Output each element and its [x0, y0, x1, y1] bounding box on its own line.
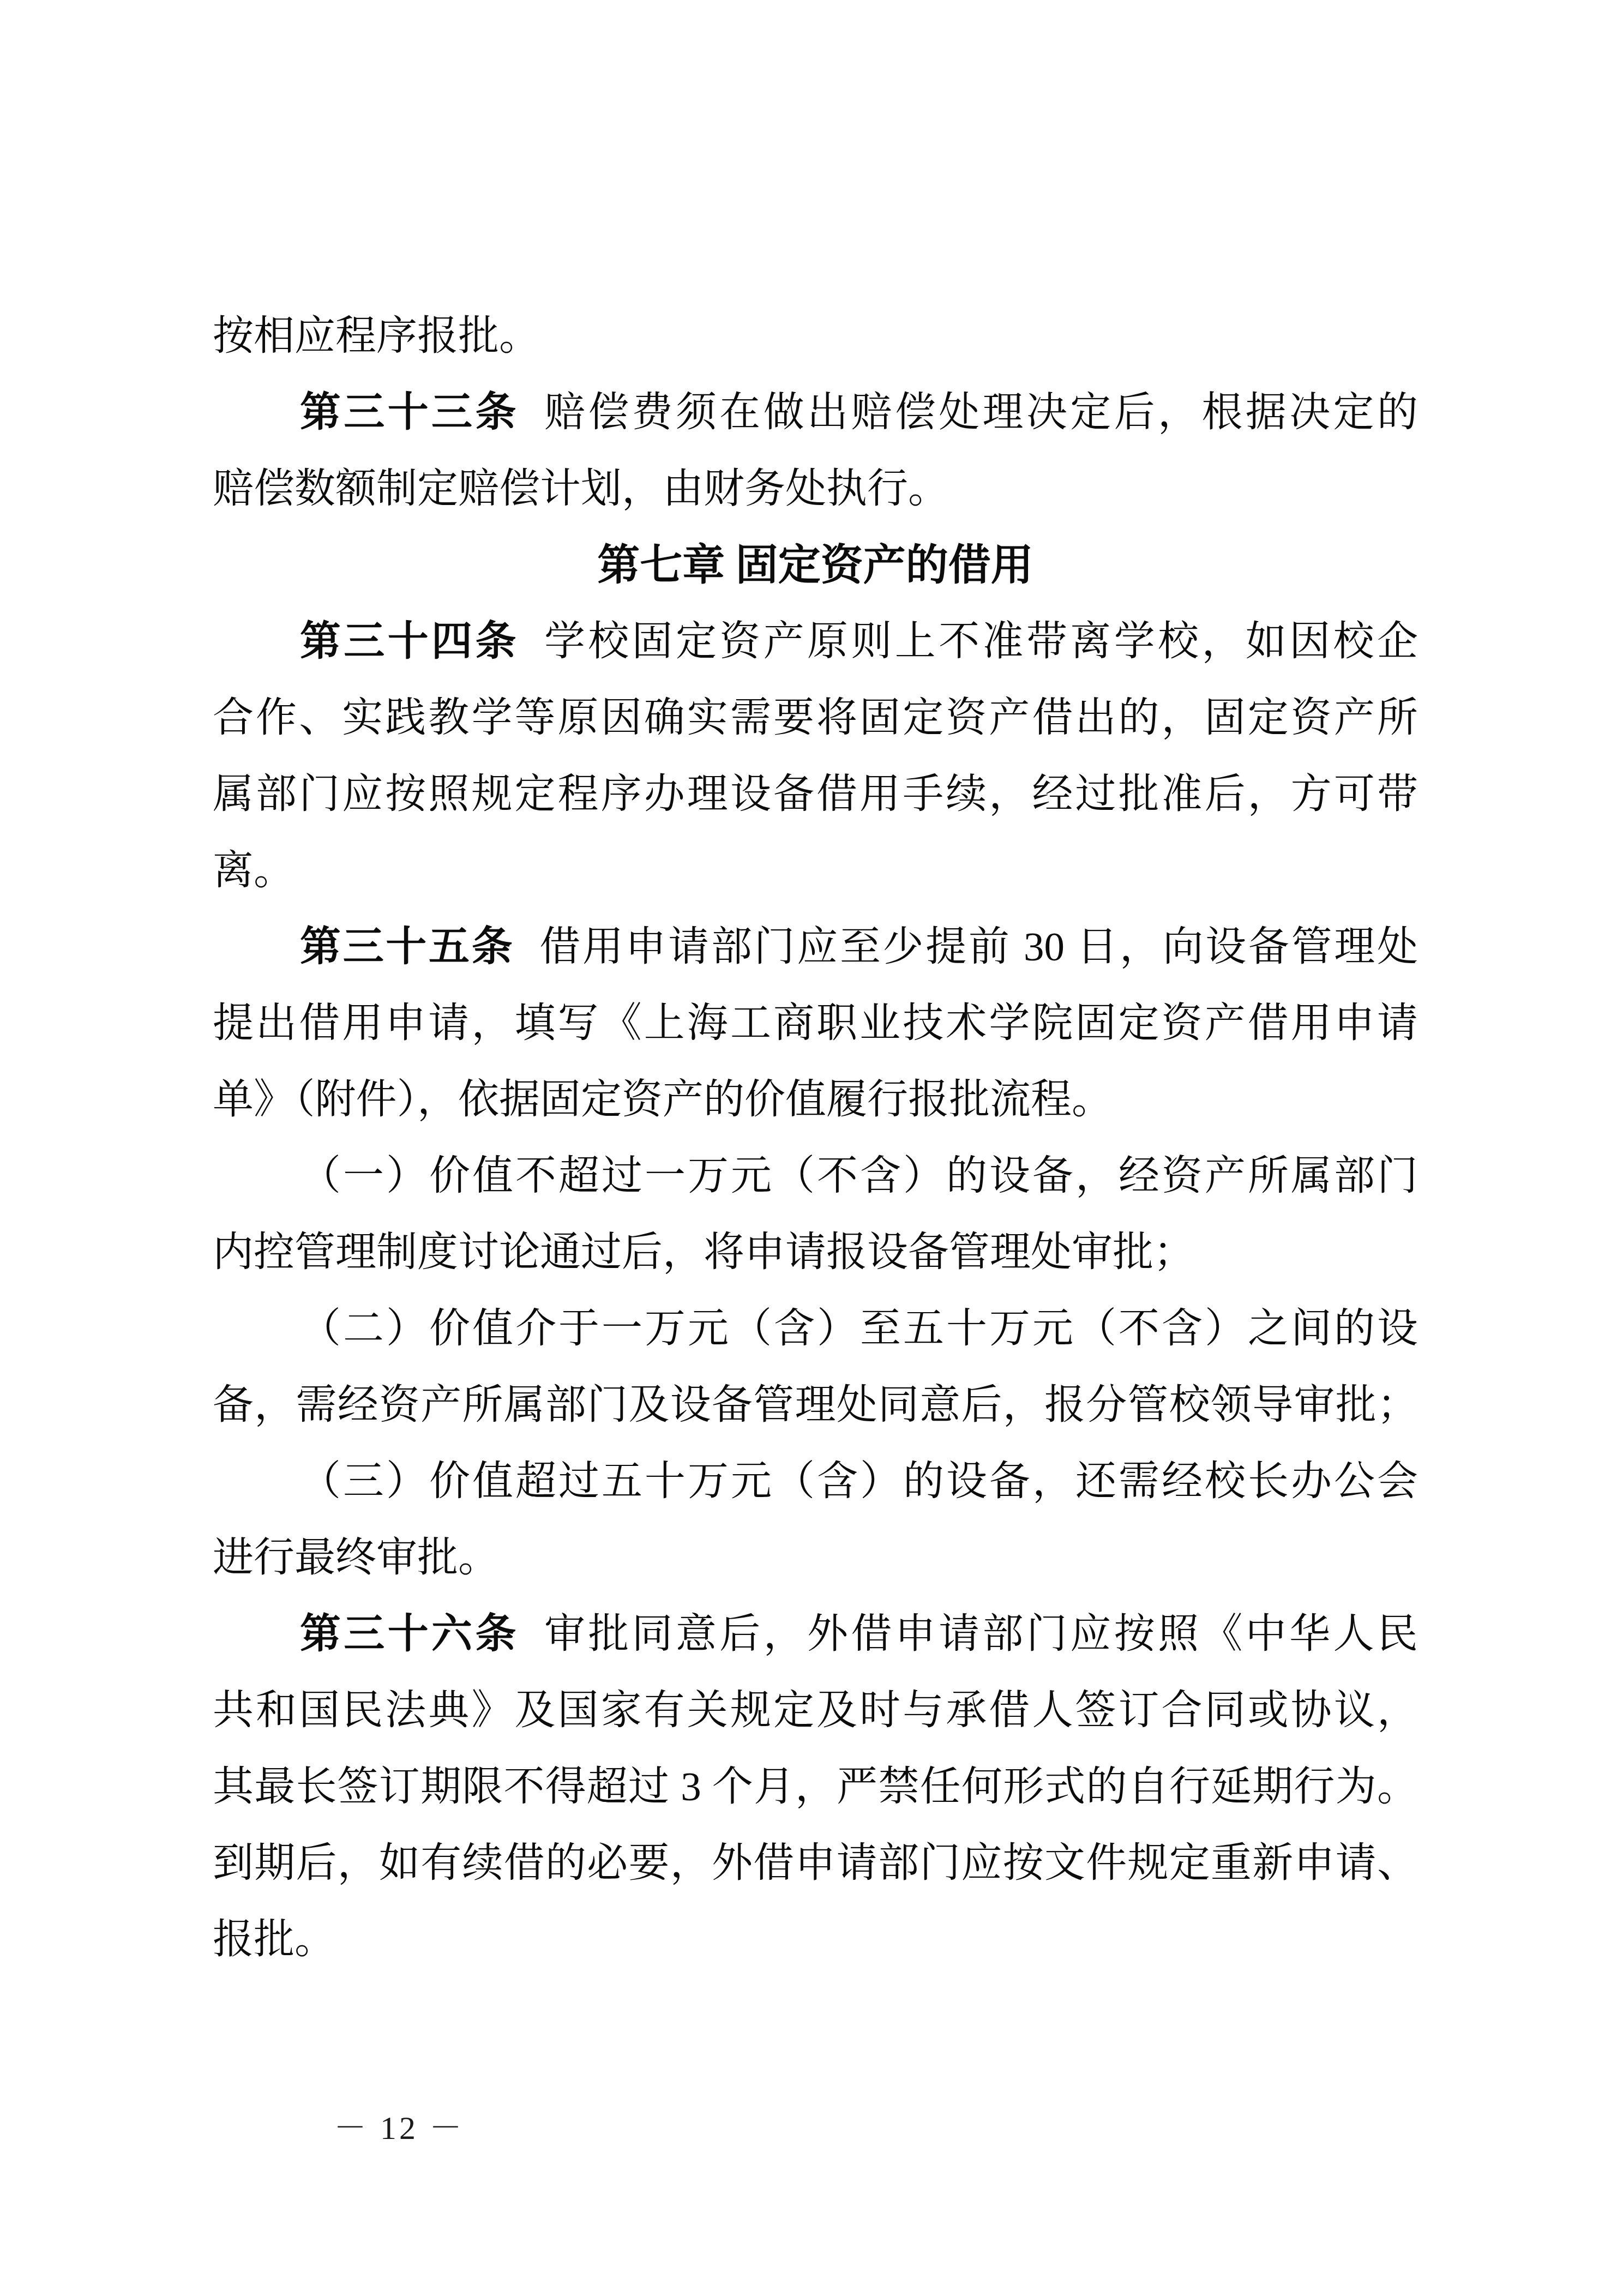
article-35-number: 第三十五条 [300, 924, 514, 970]
article-33-line-2: 赔偿数额制定赔偿计划，由财务处执行。 [213, 451, 1418, 527]
article-35-item-3-line-1: （三）价值超过五十万元（含）的设备，还需经校长办公会 [213, 1444, 1418, 1520]
chapter-heading: 第七章 固定资产的借用 [213, 527, 1418, 604]
article-35-line-1: 第三十五条借用申请部门应至少提前 30 日，向设备管理处 [213, 909, 1418, 985]
article-35-text-1: 借用申请部门应至少提前 30 日，向设备管理处 [539, 924, 1418, 970]
article-34-line-3: 属部门应按照规定程序办理设备借用手续，经过批准后，方可带 [213, 756, 1418, 833]
article-35-line-2: 提出借用申请，填写《上海工商职业技术学院固定资产借用申请 [213, 985, 1418, 1062]
article-36-line-1: 第三十六条审批同意后，外借申请部门应按照《中华人民 [213, 1596, 1418, 1673]
article-36-line-4: 到期后，如有续借的必要，外借申请部门应按文件规定重新申请、 [213, 1825, 1418, 1902]
article-36-line-2: 共和国民法典》及国家有关规定及时与承借人签订合同或协议， [213, 1673, 1418, 1749]
article-34-text-1: 学校固定资产原则上不准带离学校，如因校企 [544, 619, 1418, 664]
article-34-line-2: 合作、实践教学等原因确实需要将固定资产借出的，固定资产所 [213, 680, 1418, 756]
article-35-item-1-line-1: （一）价值不超过一万元（不含）的设备，经资产所属部门 [213, 1138, 1418, 1215]
page: 按相应程序报批。 第三十三条赔偿费须在做出赔偿处理决定后，根据决定的 赔偿数额制… [0, 0, 1623, 2296]
article-33-number: 第三十三条 [300, 390, 519, 435]
article-35-item-2-line-1: （二）价值介于一万元（含）至五十万元（不含）之间的设 [213, 1291, 1418, 1367]
article-35-item-2-line-2: 备，需经资产所属部门及设备管理处同意后，报分管校领导审批； [213, 1367, 1418, 1444]
article-36-line-3: 其最长签订期限不得超过 3 个月，严禁任何形式的自行延期行为。 [213, 1749, 1418, 1825]
article-33-text-1: 赔偿费须在做出赔偿处理决定后，根据决定的 [544, 390, 1418, 435]
article-36-number: 第三十六条 [300, 1612, 519, 1657]
article-34-line-4: 离。 [213, 833, 1418, 909]
continuation-line: 按相应程序报批。 [213, 298, 1418, 375]
article-34-number: 第三十四条 [300, 619, 519, 664]
document-body: 按相应程序报批。 第三十三条赔偿费须在做出赔偿处理决定后，根据决定的 赔偿数额制… [213, 298, 1418, 1978]
article-34-line-1: 第三十四条学校固定资产原则上不准带离学校，如因校企 [213, 604, 1418, 680]
article-36-text-1: 审批同意后，外借申请部门应按照《中华人民 [544, 1612, 1418, 1657]
article-36-line-5: 报批。 [213, 1902, 1418, 1978]
page-number: － 12 － [334, 2106, 465, 2150]
article-35-item-1-line-2: 内控管理制度讨论通过后，将申请报设备管理处审批； [213, 1215, 1418, 1291]
article-33-line-1: 第三十三条赔偿费须在做出赔偿处理决定后，根据决定的 [213, 375, 1418, 451]
article-35-line-3: 单》（附件），依据固定资产的价值履行报批流程。 [213, 1062, 1418, 1138]
article-35-item-3-line-2: 进行最终审批。 [213, 1520, 1418, 1596]
